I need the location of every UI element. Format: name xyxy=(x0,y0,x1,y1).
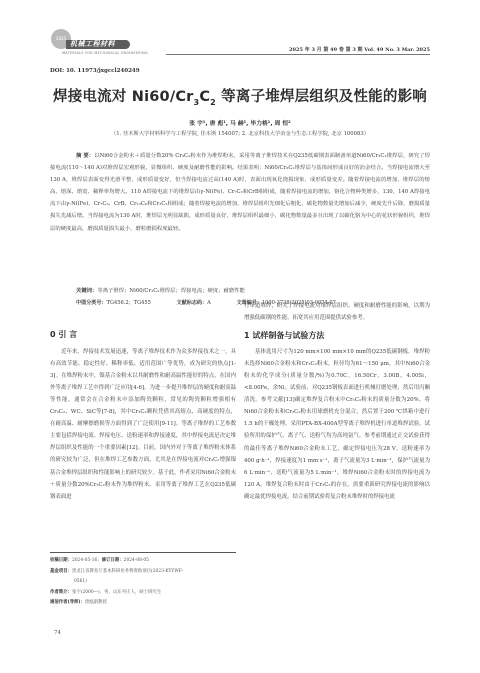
methods-paragraph: 基体选用尺寸为120 mm×100 mm×10 mm的Q235低碳钢板。堆焊粉末… xyxy=(244,346,430,503)
intro-paragraph: 近年来，焊接技术发展迅速，等离子堆焊技术作为众多焊接技术之一，具有高效节能、稳定… xyxy=(50,346,236,503)
journal-name-en: MATERIALS FOR MECHANICAL ENGINEERING xyxy=(62,51,148,55)
issue-info: 2025 年 3 月 第 49 卷 第 3 期 Vol. 49 No. 3 Ma… xyxy=(289,46,430,53)
abstract-text: 以Ni60合金粉末＋质量分数20% Cr₃C₂粉末作为堆焊粉末，采用等离子堆焊技… xyxy=(50,153,430,232)
clc-label: 中图分类号： xyxy=(76,300,107,306)
fund-text: 黑龙江省教育厅基本科研业务费资助项目(2023-KYYWF- xyxy=(72,569,183,574)
author-bio: 张宇(2000—)，男，山东枣庄人，硕士研究生 xyxy=(72,590,161,595)
section-1-heading: 1 试样制备与试验方法 xyxy=(244,330,430,342)
fund-text-cont: 0561) xyxy=(50,577,236,588)
received-date: 2024-05-16； xyxy=(72,558,102,563)
journal-name-cn: 机械工程材料 xyxy=(66,40,130,49)
section-0-heading: 0 引 言 xyxy=(50,329,236,341)
footnote-divider xyxy=(50,552,236,553)
doc-code-label: 文献标志码： xyxy=(177,300,208,306)
page-number: 74 xyxy=(54,630,61,636)
author-bio-label: 作者简介： xyxy=(50,590,72,595)
affiliations: （1. 佳木斯大学材料科学与工程学院, 佳木斯 154007; 2. 北京科技大… xyxy=(0,129,480,137)
fund-label: 基金项目： xyxy=(50,569,72,574)
author-list: 张 宇¹, 唐 彪¹, 马 赫¹, 毕力格¹, 周 恒² xyxy=(0,118,480,127)
clc-value: TG456.2；TG455 xyxy=(107,300,151,306)
keywords: 关键词：等离子堆焊；Ni60/Cr₃C₂堆焊层；焊接电流；硬度；耐磨性能 xyxy=(76,286,245,294)
keywords-label: 关键词： xyxy=(76,288,97,294)
intro-paragraph-cont: 行单道堆焊，研究了焊接电流对堆焊层组织、硬度和耐磨性能的影响，以期为增强低碳钢的… xyxy=(244,300,430,324)
keywords-text: 等离子堆焊；Ni60/Cr₃C₂堆焊层；焊接电流；硬度；耐磨性能 xyxy=(97,288,245,294)
revised-label: 修订日期： xyxy=(102,558,124,563)
abstract: 摘 要：以Ni60合金粉末＋质量分数20% Cr₃C₂粉末作为堆焊粉末，采用等离… xyxy=(50,150,430,235)
header-divider xyxy=(166,54,430,55)
abstract-label: 摘 要： xyxy=(76,153,94,159)
left-column: 0 引 言 近年来，焊接技术发展迅速，等离子堆焊技术作为众多焊接技术之一，具有高… xyxy=(50,330,236,503)
paper-title: 焊接电流对 Ni60/Cr3C2 等离子堆焊层组织及性能的影响 xyxy=(0,85,480,107)
corresponding-label: 通信作者(导师)： xyxy=(50,600,85,605)
footnotes: 收稿日期：2024-05-16；修订日期：2024-08-05 基金项目：黑龙江… xyxy=(50,556,236,609)
doc-code-value: A xyxy=(207,300,211,306)
doi: DOI: 10. 11973/jxgccl240249 xyxy=(50,68,140,74)
received-label: 收稿日期： xyxy=(50,558,72,563)
right-column: 行单道堆焊，研究了焊接电流对堆焊层组织、硬度和耐磨性能的影响，以期为增强低碳钢的… xyxy=(244,300,430,503)
revised-date: 2024-08-05 xyxy=(124,558,149,563)
corresponding-author: 唐彪副教授 xyxy=(85,600,107,605)
